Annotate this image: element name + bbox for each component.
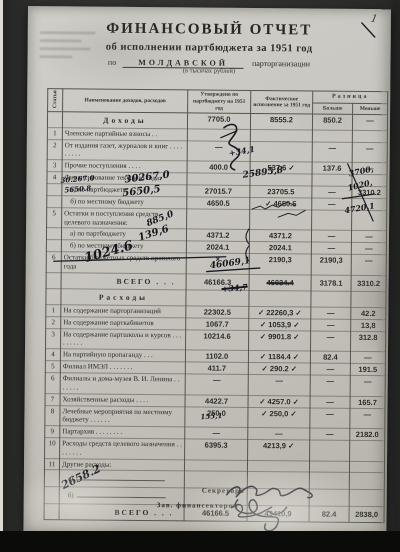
row-name: На содержание парторганизаций bbox=[61, 304, 186, 317]
row-number bbox=[46, 273, 61, 290]
cell-less bbox=[351, 292, 386, 308]
cell-more: 3178.1 bbox=[311, 275, 351, 292]
row-name: Расходы средств целевого назначения . . … bbox=[60, 438, 185, 460]
cell-approved: — bbox=[185, 427, 248, 440]
cell-approved bbox=[187, 209, 250, 230]
cell-less: — bbox=[351, 231, 386, 243]
cell-less: 165.7 bbox=[350, 396, 385, 408]
cell-more: 82.4 bbox=[309, 506, 349, 523]
budget-table-header: Статья Наименование доходов, расходов Ут… bbox=[48, 89, 388, 115]
cell-more bbox=[309, 461, 349, 473]
cell-actual bbox=[250, 174, 312, 186]
report-page: 1 ФИНАНСОВЫЙ ОТЧЕТ об исполнении партбюд… bbox=[23, 6, 391, 536]
row-name: Партархив . . . . . . . . bbox=[60, 426, 185, 439]
cell-approved: — bbox=[187, 140, 250, 161]
row-number: 2 bbox=[46, 316, 61, 328]
row-number: 4 bbox=[47, 172, 62, 184]
cell-approved: 250.0 bbox=[185, 406, 248, 427]
cell-approved: × bbox=[186, 253, 249, 274]
row-name: Доходы bbox=[62, 112, 187, 128]
cell-less: 2838,0 bbox=[349, 506, 384, 523]
fin-sector-label: Зав. финансектором bbox=[157, 501, 239, 510]
row-number: 9 bbox=[45, 426, 60, 438]
row-name: б) по местному бюджету bbox=[62, 196, 187, 209]
row-number bbox=[46, 289, 61, 305]
row-name: Другие расходы: bbox=[59, 458, 184, 471]
row-number: 10 bbox=[45, 438, 60, 459]
cell-more: 850.2 bbox=[312, 114, 352, 130]
col-header-article: Статья bbox=[48, 89, 63, 113]
cell-actual: ✓ 250,0 ✓ bbox=[248, 407, 310, 428]
secretary-label: Секретарь bbox=[202, 487, 245, 495]
cell-approved: 6395.3 bbox=[185, 439, 248, 460]
faded-stamp bbox=[37, 26, 98, 85]
row-number: 6 bbox=[46, 252, 61, 273]
cell-actual: ✓ 22260,3 ✓ bbox=[249, 306, 311, 319]
table-row: 6Филиалы и дома-музея В. И. Ленина . . .… bbox=[45, 373, 385, 396]
cell-more: 137.6 bbox=[312, 162, 352, 174]
row-number bbox=[44, 470, 59, 487]
po-label: по bbox=[108, 58, 116, 67]
cell-approved: 411.7 bbox=[185, 362, 248, 375]
cell-actual: 23705.5 bbox=[250, 185, 312, 198]
col-header-actual: Фактическое исполнение за 1951 год bbox=[251, 90, 313, 114]
cell-actual: 4213,9 ✓ bbox=[248, 440, 310, 461]
row-name: ВСЕГО . . . bbox=[61, 273, 186, 290]
cell-more: — bbox=[310, 331, 350, 352]
cell-less bbox=[349, 489, 384, 506]
row-name: Прочие поступления . . . . bbox=[62, 160, 187, 173]
cell-less bbox=[352, 210, 387, 231]
row-number bbox=[47, 112, 62, 128]
row-name: а) по партбюджету bbox=[62, 184, 187, 197]
cell-approved: 22302.5 bbox=[186, 305, 249, 318]
row-number: 1 bbox=[46, 304, 61, 316]
row-name: Расходы bbox=[61, 289, 186, 305]
cell-approved: 4650.5 bbox=[187, 197, 250, 210]
cell-actual bbox=[247, 460, 309, 472]
cell-more bbox=[312, 210, 352, 231]
cell-less: — bbox=[350, 351, 385, 363]
row-name: Филиалы и дома-музея В. И. Ленина . . . … bbox=[60, 373, 185, 395]
cell-more bbox=[312, 174, 352, 186]
cell-less bbox=[349, 473, 384, 490]
row-name: На содержание парткабинетов bbox=[61, 316, 186, 329]
cell-more: — bbox=[311, 319, 351, 331]
cell-approved: — bbox=[185, 374, 248, 395]
row-name: На содержание партшколы и курсов . . . .… bbox=[61, 328, 186, 350]
cell-more bbox=[309, 489, 349, 506]
row-number: 4 bbox=[45, 349, 60, 361]
row-number: 11 bbox=[44, 458, 59, 470]
row-number: 7 bbox=[45, 393, 60, 405]
row-number: 5 bbox=[47, 208, 62, 229]
cell-actual: — bbox=[248, 375, 310, 396]
cell-more bbox=[310, 440, 350, 461]
row-name: б) по местному бюджету bbox=[61, 240, 186, 253]
cell-more bbox=[309, 472, 349, 489]
cell-more bbox=[311, 291, 351, 307]
cell-actual: 4371.2 bbox=[249, 230, 311, 243]
row-name: Хозяйственные расходы . . . . bbox=[60, 393, 185, 406]
cell-approved: 7705.0 bbox=[187, 113, 250, 129]
row-number bbox=[44, 504, 59, 521]
cell-less: — bbox=[351, 255, 386, 276]
cell-approved: 27015.7 bbox=[187, 185, 250, 198]
cell-actual: — bbox=[248, 428, 310, 441]
scan-left-edge bbox=[0, 0, 3, 552]
cell-approved: 10214.6 bbox=[186, 329, 249, 350]
scan-right-edge bbox=[393, 0, 400, 552]
cell-less: 2182.0 bbox=[350, 428, 385, 440]
cell-less bbox=[352, 130, 387, 142]
cell-less: 312.8 bbox=[350, 331, 385, 352]
cell-less: 42.2 bbox=[351, 307, 386, 319]
cell-less: — bbox=[351, 243, 386, 255]
cell-less: — bbox=[352, 115, 387, 131]
cell-less bbox=[352, 198, 387, 210]
row-name: Остатки бюджетных средств прошлого года bbox=[61, 252, 186, 274]
cell-more: — bbox=[310, 428, 350, 440]
row-number: 5 bbox=[45, 361, 60, 373]
cell-more: — bbox=[312, 186, 352, 198]
col-header-name: Наименование доходов, расходов bbox=[63, 89, 188, 114]
cell-less: 3310.2 bbox=[351, 275, 386, 292]
col-header-difference: Разница bbox=[313, 91, 388, 104]
cell-actual: 8555.2 bbox=[250, 114, 312, 130]
organization-suffix: парторганизации bbox=[252, 59, 310, 69]
cell-approved: 400.0 bbox=[187, 161, 250, 174]
cell-approved bbox=[186, 290, 249, 306]
cell-approved: 4422.7 bbox=[185, 394, 248, 407]
cell-more: — bbox=[312, 142, 352, 163]
budget-table-body: Доходы7705.08555.2850.2—1Членские партий… bbox=[44, 112, 388, 523]
row-number bbox=[47, 184, 62, 196]
scan-bottom-bar bbox=[0, 531, 400, 552]
cell-actual bbox=[250, 129, 312, 141]
cell-actual bbox=[247, 472, 309, 489]
cell-actual: 2190,3 bbox=[249, 254, 311, 275]
row-name: На партийную пропаганду . . . bbox=[60, 349, 185, 362]
cell-actual: ✓ 4650.5 bbox=[250, 197, 312, 210]
row-number bbox=[46, 228, 61, 240]
row-number: 3 bbox=[47, 160, 62, 172]
cell-approved bbox=[187, 173, 250, 185]
cell-more: — bbox=[310, 408, 350, 429]
cell-actual: 2024.1 bbox=[249, 242, 311, 255]
cell-less: 191.5 bbox=[350, 363, 385, 375]
row-number: 3 bbox=[46, 328, 61, 349]
cell-actual: ✓ 4257.0 ✓ bbox=[248, 395, 310, 408]
cell-actual: ✓ 9901.8 ✓ bbox=[249, 330, 311, 351]
cell-actual bbox=[247, 489, 309, 506]
cell-more: — bbox=[311, 242, 351, 254]
row-name: От издания газет, журналов и книг . . . … bbox=[62, 139, 187, 161]
table-row: 6Остатки бюджетных средств прошлого года… bbox=[46, 252, 386, 275]
scanned-document: 1 ФИНАНСОВЫЙ ОТЧЕТ об исполнении партбюд… bbox=[0, 0, 400, 552]
row-number bbox=[46, 240, 61, 252]
row-number: 1 bbox=[47, 128, 62, 140]
cell-approved bbox=[187, 129, 250, 141]
cell-actual: ✓ 1184.4 ✓ bbox=[248, 351, 310, 364]
row-number bbox=[44, 487, 59, 504]
cell-less bbox=[352, 174, 387, 186]
cell-more: — bbox=[311, 230, 351, 242]
row-name: а) по партбюджету bbox=[61, 228, 186, 241]
cell-more: — bbox=[310, 375, 350, 396]
cell-more bbox=[312, 130, 352, 142]
cell-actual: ✓ 1053,9 ✓ bbox=[249, 318, 311, 331]
cell-actual bbox=[250, 209, 312, 230]
cell-less bbox=[350, 440, 385, 461]
row-name: Филиал ИМЭЛ . . . . . . . bbox=[60, 361, 185, 374]
row-number bbox=[47, 196, 62, 208]
cell-actual: 46034.4 bbox=[249, 274, 311, 291]
cell-approved: 4371.2 bbox=[186, 229, 249, 242]
cell-approved bbox=[184, 459, 247, 471]
cell-less: — bbox=[350, 375, 385, 396]
table-row: 2От издания газет, журналов и книг . . .… bbox=[47, 139, 387, 162]
cell-more: — bbox=[310, 363, 350, 375]
col-header-approved: Утверждено по партбюджету на 1951 год bbox=[188, 90, 251, 114]
cell-approved: 2024.1 bbox=[186, 241, 249, 254]
cell-approved: 46166.3 bbox=[186, 274, 249, 291]
cell-actual: ✓ 290.2 ✓ bbox=[248, 363, 310, 376]
cell-more: — bbox=[311, 307, 351, 319]
table-row: 5Остатки и поступления средств целевого … bbox=[47, 208, 387, 231]
budget-table: Статья Наименование доходов, расходов Ут… bbox=[44, 88, 389, 523]
cell-actual bbox=[250, 141, 312, 162]
row-number: 8 bbox=[45, 405, 60, 426]
cell-less: — bbox=[352, 142, 387, 163]
cell-approved: 1067.7 bbox=[186, 317, 249, 330]
row-name: а) bbox=[59, 470, 184, 488]
table-row: 10Расходы средств целевого назначения . … bbox=[45, 438, 385, 461]
cell-approved: 1102.0 bbox=[185, 350, 248, 363]
cell-less bbox=[349, 461, 384, 473]
cell-less: 13,8 bbox=[351, 319, 386, 331]
table-row: 3На содержание партшколы и курсов . . . … bbox=[46, 328, 386, 351]
cell-less: — bbox=[350, 408, 385, 429]
col-header-less: Меньше bbox=[353, 103, 388, 115]
row-name: Финансирование текущего года: bbox=[62, 172, 187, 185]
cell-less: — bbox=[352, 162, 387, 174]
cell-more: 2190,3 bbox=[311, 254, 351, 275]
row-number: 2 bbox=[47, 139, 62, 160]
row-name: Лечебные мероприятия по местному бюджету… bbox=[60, 405, 185, 427]
cell-more: — bbox=[312, 198, 352, 210]
col-header-more: Больше bbox=[313, 103, 353, 115]
cell-less: 3310.2 bbox=[352, 186, 387, 198]
row-name: Остатки и поступления средств целевого н… bbox=[62, 208, 187, 230]
cell-actual bbox=[249, 291, 311, 307]
cell-more: — bbox=[310, 396, 350, 408]
cell-actual: 537.6 ✓ bbox=[250, 162, 312, 175]
cell-more: 82.4 bbox=[310, 351, 350, 363]
cell-actual: 43410,9 bbox=[247, 505, 309, 522]
row-number: 6 bbox=[45, 373, 60, 394]
